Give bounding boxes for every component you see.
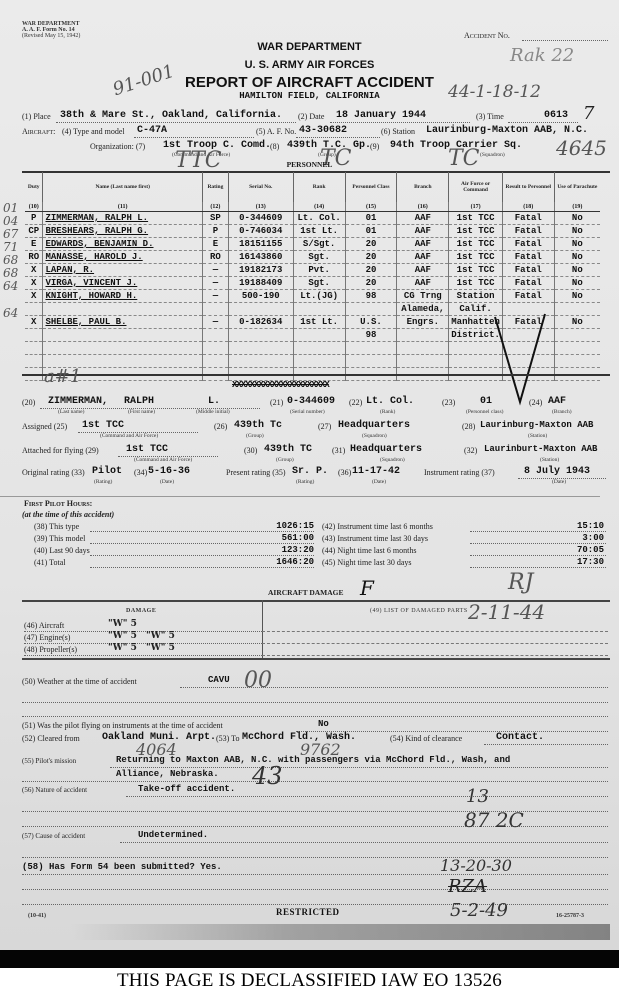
cell-rating: P: [202, 225, 228, 238]
damage-row-label: (48) Propeller(s): [24, 645, 77, 654]
clearance-label: (54) Kind of clearance: [390, 734, 462, 743]
damage-value-1: "W" 5: [108, 643, 137, 653]
time-underline: [508, 122, 578, 123]
num-15: (15): [345, 202, 397, 212]
damage-col-header: DAMAGE: [126, 608, 156, 614]
cell-parachute: No: [554, 277, 600, 290]
cell-result: Fatal: [502, 251, 554, 264]
parts-col-header: (49) LIST OF DAMAGED PARTS: [370, 608, 468, 614]
num-12: (12): [202, 202, 228, 212]
cell-command: 1st TCC: [449, 225, 503, 238]
damage-bottom-rule: [22, 658, 610, 660]
damage-value-1: "W" 5: [108, 619, 137, 629]
aircraft-label: Aircraft:: [22, 127, 55, 136]
num-18: (18): [502, 202, 554, 212]
orig-rating-label: Original rating (33): [22, 468, 85, 477]
attached-label: Attached for flying (29): [22, 446, 99, 455]
org-group-label: (8): [270, 142, 279, 151]
cause-line-2: [22, 857, 608, 858]
assigned-squadron: Headquarters: [338, 420, 410, 431]
caption-assigned-squadron: (Squadron): [362, 433, 387, 439]
type-underline: [134, 137, 254, 138]
cell-rating: [202, 303, 228, 316]
cell-command: 1st TCC: [449, 277, 503, 290]
footer-right-code: 16-25787-3: [556, 913, 584, 919]
assigned-command: 1st TCC: [82, 420, 124, 431]
parts-line: [262, 655, 608, 656]
cell-rating: —: [202, 290, 228, 303]
cell-rating: RO: [202, 251, 228, 264]
cell-name: KNIGHT, HOWARD H.: [43, 290, 202, 303]
cell-rating: [202, 342, 228, 355]
cell-branch: AAF: [397, 238, 449, 251]
cell-rating: [202, 355, 228, 368]
cell-class: 01: [345, 212, 397, 225]
af-no-label: (5) A. F. No.: [256, 127, 296, 136]
form54-line-2: [22, 889, 608, 890]
cell-name: ZIMMERMAN, RALPH L.: [43, 212, 202, 225]
cell-class: 98: [345, 290, 397, 303]
pilot-section-title-struck: XXXXXXXXXXXXXXXXXXXXXX: [232, 380, 329, 390]
cell-rating: SP: [202, 212, 228, 225]
footer-left-code: (10-41): [28, 913, 46, 919]
col-serial: Serial No.: [228, 172, 293, 202]
cell-rating: E: [202, 238, 228, 251]
cell-result: Fatal: [502, 238, 554, 251]
damage-row-leader: [24, 643, 262, 644]
nature-underline: [126, 796, 608, 797]
hours-title: First Pilot Hours:: [24, 499, 92, 508]
mission-line-1: Returning to Maxton AAB, N.C. with passe…: [116, 755, 510, 765]
damage-top-rule: [22, 600, 610, 602]
cell-duty: [25, 329, 43, 342]
cell-class: [345, 303, 397, 316]
handwritten-ref-code: Rak 22: [510, 45, 574, 66]
cause-value: Undetermined.: [138, 830, 208, 840]
cell-rating: —: [202, 264, 228, 277]
cell-duty: X: [25, 316, 43, 329]
col-duty: Duty: [25, 172, 43, 202]
col-branch: Branch: [397, 172, 449, 202]
cell-rank: 1st Lt.: [293, 225, 345, 238]
cell-branch: AAF: [397, 225, 449, 238]
cell-serial: 500-190: [228, 290, 293, 303]
form-id: WAR DEPARTMENT A. A. F. Form No. 14 (Rev…: [22, 21, 80, 39]
cell-serial: [228, 355, 293, 368]
cell-name: MANASSE, HAROLD J.: [43, 251, 202, 264]
cell-parachute: [554, 329, 600, 342]
station-label: (6) Station: [381, 127, 415, 136]
aircraft-damage-title: AIRCRAFT DAMAGE: [268, 588, 344, 597]
assigned-label: Assigned (25): [22, 422, 67, 431]
cell-rating: —: [202, 316, 228, 329]
attached-squadron: Headquarters: [350, 444, 422, 455]
handwritten-mission-code: 43: [252, 762, 283, 790]
attached-station-label: (32): [464, 446, 477, 455]
cell-rank: [293, 303, 345, 316]
mission-line-2: Alliance, Nebraska.: [116, 769, 219, 779]
pilot-middle-initial: L.: [208, 396, 220, 407]
table-row: XKNIGHT, HOWARD H.—500-190Lt.(JG)98CG Tr…: [25, 290, 600, 303]
cell-rank: Pvt.: [293, 264, 345, 277]
num-16: (16): [397, 202, 449, 212]
table-row: ROMANASSE, HAROLD J.RO16143860Sgt.20AAF1…: [25, 251, 600, 264]
handwritten-form54-code: 13-20-30: [440, 856, 512, 875]
handwritten-stamp-initials: RZA: [448, 876, 487, 897]
place-value: 38th & Mare St., Oakland, California.: [60, 110, 282, 121]
cell-result: Fatal: [502, 277, 554, 290]
caption-orig-date: (Date): [160, 479, 174, 485]
clearance-value: Contact.: [496, 732, 544, 743]
time-label: (3) Time: [476, 112, 504, 121]
caption-class: (Personnel class): [466, 409, 503, 415]
date-underline: [330, 122, 470, 123]
hours-left-label: (39) This model: [34, 534, 85, 543]
pilot-serial: 0-344609: [287, 396, 335, 407]
cell-class: [345, 342, 397, 355]
cell-result: Fatal: [502, 225, 554, 238]
table-row: PZIMMERMAN, RALPH L.SP0-344609Lt. Col.01…: [25, 212, 600, 225]
cell-parachute: No: [554, 251, 600, 264]
cell-rank: S/Sgt.: [293, 238, 345, 251]
organization-label: Organization: (7): [90, 142, 145, 151]
cell-rating: [202, 329, 228, 342]
cell-rank: Sgt.: [293, 251, 345, 264]
cell-duty: [25, 355, 43, 368]
parts-line: [262, 631, 608, 632]
attached-group-label: (30): [244, 446, 257, 455]
hours-right-label: (42) Instrument time last 6 months: [322, 522, 433, 531]
col-class: Personnel Class: [345, 172, 397, 202]
handwritten-duty-code: 64: [3, 306, 18, 320]
caption-instrument-date: (Date): [552, 479, 566, 485]
cell-duty: X: [25, 290, 43, 303]
af-no-underline: [296, 137, 380, 138]
cell-parachute: [554, 355, 600, 368]
cell-parachute: No: [554, 290, 600, 303]
num-17: (17): [449, 202, 503, 212]
cell-branch: [397, 342, 449, 355]
caption-attached-group: (Group): [276, 457, 294, 463]
hours-right-label: (45) Night time last 30 days: [322, 558, 412, 567]
class-label: (23): [442, 398, 455, 407]
cell-result: Fatal: [502, 264, 554, 277]
caption-attached-squadron: (Squadron): [380, 457, 405, 463]
cell-rank: Lt. Col.: [293, 212, 345, 225]
place-underline: [56, 122, 296, 123]
handwritten-duty-code: 67: [3, 227, 18, 241]
cell-branch: AAF: [397, 212, 449, 225]
cell-name: SHELBE, PAUL B.: [43, 316, 202, 329]
orig-date-label: (34): [134, 468, 147, 477]
cell-rank: [293, 342, 345, 355]
weather-line-2: [22, 702, 608, 703]
cell-parachute: No: [554, 264, 600, 277]
assigned-group: 439th Tc: [234, 420, 282, 431]
hours-left-value: 561:00: [258, 533, 314, 543]
cell-rating: —: [202, 277, 228, 290]
cell-serial: 19188409: [228, 277, 293, 290]
cell-command: 1st TCC: [449, 238, 503, 251]
caption-attached-command: (Command and Air Force): [134, 457, 192, 463]
cell-name: EDWARDS, BENJAMIN D.: [43, 238, 202, 251]
nature-value: Take-off accident.: [138, 784, 235, 794]
hours-right-leader: [470, 531, 606, 532]
handwritten-weather-code: 00: [244, 668, 272, 693]
cell-branch: CG Trng: [397, 290, 449, 303]
caption-assigned-command: (Command and Air Force): [100, 433, 158, 439]
cell-name: LAPAN, R.: [43, 264, 202, 277]
document-page: WAR DEPARTMENT A. A. F. Form No. 14 (Rev…: [0, 0, 619, 950]
hours-left-value: 1026:15: [258, 521, 314, 531]
org-squadron-label: (9): [370, 142, 379, 151]
cell-parachute: [554, 342, 600, 355]
clearance-underline: [484, 744, 608, 745]
cell-rank: Lt.(JG): [293, 290, 345, 303]
damage-value-2: "W" 5: [146, 631, 175, 641]
caption-assigned-station: (Station): [528, 433, 547, 439]
weather-line-3: [22, 716, 608, 717]
cell-result: Fatal: [502, 212, 554, 225]
form54-question: (58) Has Form 54 been submitted? Yes.: [22, 862, 222, 872]
table-row: EEDWARDS, BENJAMIN D.E18151155S/Sgt.20AA…: [25, 238, 600, 251]
cause-underline: [120, 842, 608, 843]
damage-value-2: "W" 5: [146, 643, 175, 653]
scan-border: [0, 950, 619, 968]
mission-underline-1: [110, 767, 608, 768]
instrument-date: 8 July 1943: [524, 466, 590, 477]
cell-rank: [293, 329, 345, 342]
hours-right-value: 17:30: [548, 557, 604, 567]
station-value: Laurinburg-Maxton AAB, N.C.: [426, 125, 588, 136]
hours-rule: [0, 496, 600, 497]
handwritten-duty-code: 68: [3, 253, 18, 267]
cell-rank: Sgt.: [293, 277, 345, 290]
pilot-first-name: RALPH: [124, 396, 154, 407]
cell-class: 20: [345, 238, 397, 251]
pilot-rank: Lt. Col.: [366, 396, 414, 407]
column-number-row: (10) (11) (12) (13) (14) (15) (16) (17) …: [25, 202, 600, 212]
hours-left-leader: [90, 567, 314, 568]
instrument-rating-label: Instrument rating (37): [424, 468, 495, 477]
hours-right-label: (44) Night time last 6 months: [322, 546, 416, 555]
handwritten-org-mark-4: 4645: [556, 136, 607, 160]
col-name: Name (Last name first): [43, 172, 202, 202]
hours-right-leader: [470, 567, 606, 568]
caption-squadron: (Squadron): [480, 152, 505, 158]
cell-parachute: No: [554, 316, 600, 329]
date-value: 18 January 1944: [336, 110, 426, 121]
cell-serial: 16143860: [228, 251, 293, 264]
caption-last-name: (Last name): [58, 409, 84, 415]
cell-class: 20: [345, 264, 397, 277]
hours-left-value: 1646:20: [258, 557, 314, 567]
rank-label: (22): [349, 398, 362, 407]
table-row: XVIRGA, VINCENT J.—19188409Sgt.20AAF1st …: [25, 277, 600, 290]
cell-duty: X: [25, 264, 43, 277]
cell-branch: AAF: [397, 277, 449, 290]
handwritten-initials: RJ: [508, 570, 533, 595]
handwritten-duty-code: 01: [3, 201, 18, 215]
cell-parachute: No: [554, 238, 600, 251]
cell-duty: X: [25, 277, 43, 290]
cell-parachute: No: [554, 225, 600, 238]
serial-label: (21): [270, 398, 283, 407]
present-rating-label: Present rating (35): [226, 468, 286, 477]
personnel-title: PERSONNEL: [0, 160, 619, 169]
pilot-branch: AAF: [548, 396, 566, 407]
cell-duty: P: [25, 212, 43, 225]
damage-row-label: (46) Aircraft: [24, 621, 64, 630]
cell-class: U.S.: [345, 316, 397, 329]
cell-name: [43, 342, 202, 355]
personnel-bottom-rule: [22, 374, 610, 376]
col-parachute: Use of Parachute: [554, 172, 600, 202]
hours-left-label: (38) This type: [34, 522, 79, 531]
page-shadow: [70, 924, 610, 940]
form-id-revised: (Revised May 15, 1942): [22, 33, 80, 39]
cell-command: Station: [449, 290, 503, 303]
caption-rank: (Rank): [380, 409, 395, 415]
hours-right-value: 3:00: [548, 533, 604, 543]
cell-branch: AAF: [397, 251, 449, 264]
hours-right-value: 15:10: [548, 521, 604, 531]
caption-branch: (Branch): [552, 409, 572, 415]
num-13: (13): [228, 202, 293, 212]
caption-present-rating: (Rating): [296, 479, 314, 485]
cell-class: 01: [345, 225, 397, 238]
handwritten-duty-code: 68: [3, 266, 18, 280]
cell-serial: 0-182634: [228, 316, 293, 329]
handwritten-pilot-ref: a#1: [44, 366, 81, 387]
damage-divider: [262, 600, 263, 658]
handwritten-nature-code-2: 87 2C: [464, 808, 524, 832]
cell-serial: 19182173: [228, 264, 293, 277]
caption-serial: (Serial number): [290, 409, 325, 415]
cell-serial: [228, 329, 293, 342]
assigned-station: Laurinburg-Maxton AAB: [480, 420, 593, 430]
date-label: (2) Date: [298, 112, 324, 121]
col-command: Air Force or Command: [449, 172, 503, 202]
cell-class: 20: [345, 251, 397, 264]
cell-class: 20: [345, 277, 397, 290]
type-value: C-47A: [137, 125, 167, 136]
assigned-squadron-label: (27): [318, 422, 331, 431]
col-rank: Rank: [293, 172, 345, 202]
handwritten-duty-code: 71: [3, 240, 18, 254]
cell-parachute: No: [554, 212, 600, 225]
cell-command: 1st TCC: [449, 251, 503, 264]
cell-branch: Alameda,: [397, 303, 449, 316]
hours-right-label: (43) Instrument time last 30 days: [322, 534, 428, 543]
cell-name: VIRGA, VINCENT J.: [43, 277, 202, 290]
hours-left-leader: [90, 531, 314, 532]
cell-duty: E: [25, 238, 43, 251]
attached-command: 1st TCC: [126, 444, 168, 455]
cleared-to-label: (53) To: [216, 734, 240, 743]
cell-parachute: [554, 303, 600, 316]
handwritten-nature-code: 13: [466, 786, 489, 807]
cell-branch: Engrs.: [397, 316, 449, 329]
caption-first-name: (First name): [128, 409, 155, 415]
instruments-label: (51) Was the pilot flying on instruments…: [22, 721, 223, 730]
orig-date: 5-16-36: [148, 466, 190, 477]
attached-station: Laurinburt-Maxton AAB: [484, 444, 597, 454]
time-value: 0613: [544, 110, 568, 121]
branch-label: (24): [529, 398, 542, 407]
hours-right-leader: [470, 555, 606, 556]
nature-label: (56) Nature of accident: [22, 786, 87, 794]
present-rating: Sr. P.: [292, 466, 328, 477]
col-result: Result to Personnel: [502, 172, 554, 202]
weather-value: CAVU: [208, 675, 230, 685]
form54-underline: [22, 874, 608, 875]
handwritten-duty-code: 04: [3, 214, 18, 228]
caption-present-date: (Date): [372, 479, 386, 485]
damage-row-leader: [24, 631, 262, 632]
mission-underline-2: [22, 781, 608, 782]
cell-class: [345, 355, 397, 368]
handwritten-duty-code: 64: [3, 279, 18, 293]
damage-value-1: "W" 5: [108, 631, 137, 641]
cell-command: 1st TCC: [449, 212, 503, 225]
handwritten-final-date: 5-2-49: [450, 900, 508, 921]
cell-duty: [25, 303, 43, 316]
cell-serial: 0-746034: [228, 225, 293, 238]
cell-name: BRESHEARS, RALPH G.: [43, 225, 202, 238]
table-row: CPBRESHEARS, RALPH G.P0-7460341st Lt.01A…: [25, 225, 600, 238]
handwritten-accident-code: 44-1-18-12: [448, 82, 541, 102]
caption-assigned-group: (Group): [246, 433, 264, 439]
hours-left-label: (40) Last 90 days: [34, 546, 90, 555]
pilot-class: 01: [480, 396, 492, 407]
cell-serial: 18151155: [228, 238, 293, 251]
mission-label: (55) Pilot's mission: [22, 757, 76, 765]
declassified-notice: THIS PAGE IS DECLASSIFIED IAW EO 13526: [0, 970, 619, 992]
num-11: (11): [43, 202, 202, 212]
cell-rank: 1st Lt.: [293, 316, 345, 329]
cell-class: 98: [345, 329, 397, 342]
cell-result: Fatal: [502, 290, 554, 303]
cell-name: [43, 329, 202, 342]
hours-left-leader: [90, 555, 314, 556]
hours-right-leader: [470, 543, 606, 544]
cell-branch: [397, 355, 449, 368]
form54-line-3: [22, 904, 608, 905]
cell-duty: RO: [25, 251, 43, 264]
last-name-label: (20): [22, 398, 35, 407]
assigned-group-label: (26): [214, 422, 227, 431]
cell-branch: [397, 329, 449, 342]
instruments-value: No: [318, 719, 329, 729]
present-date-label: (36): [338, 468, 351, 477]
cell-rank: [293, 355, 345, 368]
caption-orig-rating: (Rating): [94, 479, 112, 485]
assigned-station-label: (28): [462, 422, 475, 431]
handwritten-review-date: 2-11-44: [468, 600, 545, 624]
check-mark-icon: [490, 312, 550, 407]
damage-row-leader: [24, 655, 262, 656]
col-rating: Rating: [202, 172, 228, 202]
hours-left-value: 123:20: [258, 545, 314, 555]
weather-label: (50) Weather at the time of accident: [22, 677, 137, 686]
cell-duty: [25, 342, 43, 355]
cell-command: 1st TCC: [449, 264, 503, 277]
accident-no-label: Accident No.: [464, 31, 510, 40]
caption-attached-station: (Station): [540, 457, 559, 463]
pilot-last-name: ZIMMERMAN,: [48, 396, 108, 407]
hours-subtitle: (at the time of this accident): [22, 510, 114, 519]
